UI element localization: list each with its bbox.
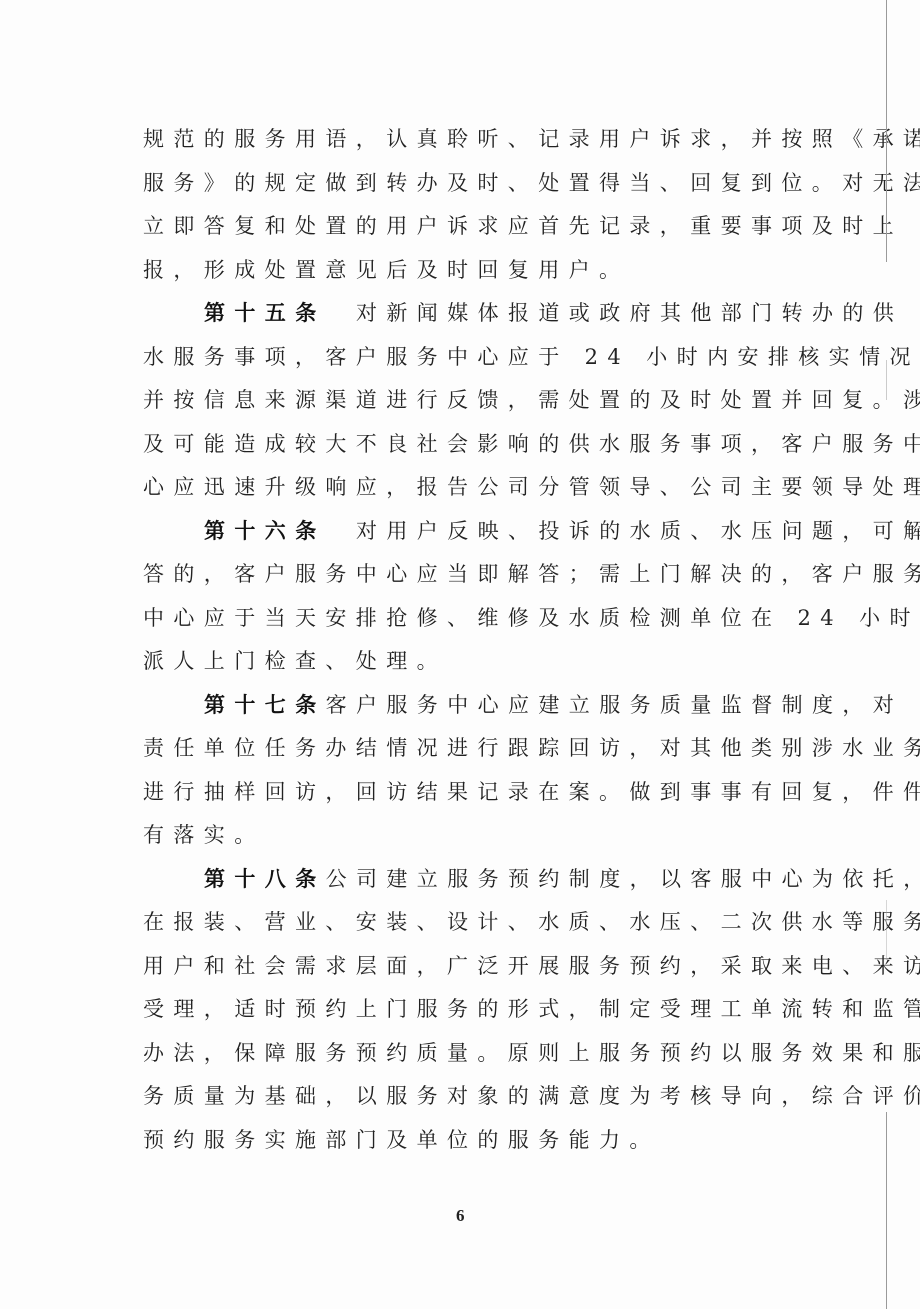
text-line: 立即答复和处置的用户诉求应首先记录，重要事项及时上 <box>143 205 788 249</box>
text-line: 规范的服务用语，认真聆听、记录用户诉求，并按照《承诺 <box>143 118 788 162</box>
text-line: 受理，适时预约上门服务的形式，制定受理工单流转和监管 <box>143 988 788 1032</box>
paragraph-article-16: 第十六条 对用户反映、投诉的水质、水压问题，可解 答的，客户服务中心应当即解答；… <box>143 510 788 684</box>
text-line: 第十五条 对新闻媒体报道或政府其他部门转办的供 <box>143 292 788 336</box>
scan-edge-line <box>886 900 887 960</box>
text-line: 并按信息来源渠道进行反馈，需处置的及时处置并回复。涉 <box>143 379 788 423</box>
article-heading: 第十七条 <box>204 693 326 717</box>
text-line: 及可能造成较大不良社会影响的供水服务事项，客户服务中 <box>143 423 788 467</box>
text-span: 对用户反映、投诉的水质、水压问题，可解 <box>326 519 920 543</box>
text-line: 心应迅速升级响应，报告公司分管领导、公司主要领导处理。 <box>143 466 788 510</box>
scan-edge-line <box>886 360 887 400</box>
text-line: 答的，客户服务中心应当即解答；需上门解决的，客户服务 <box>143 553 788 597</box>
paragraph-continuation: 规范的服务用语，认真聆听、记录用户诉求，并按照《承诺 服务》的规定做到转办及时、… <box>143 118 788 292</box>
text-line: 第十六条 对用户反映、投诉的水质、水压问题，可解 <box>143 510 788 554</box>
text-span: 对新闻媒体报道或政府其他部门转办的供 <box>326 301 904 325</box>
document-body: 规范的服务用语，认真聆听、记录用户诉求，并按照《承诺 服务》的规定做到转办及时、… <box>143 118 788 1162</box>
scan-edge-line <box>886 0 887 262</box>
text-line: 报，形成处置意见后及时回复用户。 <box>143 249 788 293</box>
article-heading: 第十六条 <box>204 519 326 543</box>
text-line: 水服务事项，客户服务中心应于 24 小时内安排核实情况， <box>143 336 788 380</box>
text-line: 第十八条公司建立服务预约制度，以客服中心为依托， <box>143 858 788 902</box>
paragraph-article-17: 第十七条客户服务中心应建立服务质量监督制度，对 责任单位任务办结情况进行跟踪回访… <box>143 684 788 858</box>
text-span: 客户服务中心应建立服务质量监督制度，对 <box>326 693 904 717</box>
text-line: 第十七条客户服务中心应建立服务质量监督制度，对 <box>143 684 788 728</box>
text-line: 中心应于当天安排抢修、维修及水质检测单位在 24 小时内 <box>143 597 788 641</box>
article-heading: 第十八条 <box>204 867 326 891</box>
text-line: 进行抽样回访，回访结果记录在案。做到事事有回复，件件 <box>143 771 788 815</box>
paragraph-article-18: 第十八条公司建立服务预约制度，以客服中心为依托， 在报装、营业、安装、设计、水质… <box>143 858 788 1163</box>
paragraph-article-15: 第十五条 对新闻媒体报道或政府其他部门转办的供 水服务事项，客户服务中心应于 2… <box>143 292 788 510</box>
text-line: 预约服务实施部门及单位的服务能力。 <box>143 1119 788 1163</box>
text-line: 务质量为基础，以服务对象的满意度为考核导向，综合评价 <box>143 1075 788 1119</box>
text-line: 办法，保障服务预约质量。原则上服务预约以服务效果和服 <box>143 1032 788 1076</box>
text-line: 责任单位任务办结情况进行跟踪回访，对其他类别涉水业务 <box>143 727 788 771</box>
text-line: 服务》的规定做到转办及时、处置得当、回复到位。对无法 <box>143 162 788 206</box>
text-line: 用户和社会需求层面，广泛开展服务预约，采取来电、来访 <box>143 945 788 989</box>
text-line: 派人上门检查、处理。 <box>143 640 788 684</box>
text-line: 有落实。 <box>143 814 788 858</box>
page-number: 6 <box>456 1206 465 1226</box>
scan-edge-line <box>886 1112 887 1309</box>
text-span: 公司建立服务预约制度，以客服中心为依托， <box>326 867 920 891</box>
article-heading: 第十五条 <box>204 301 326 325</box>
document-page: 规范的服务用语，认真聆听、记录用户诉求，并按照《承诺 服务》的规定做到转办及时、… <box>0 0 920 1309</box>
text-line: 在报装、营业、安装、设计、水质、水压、二次供水等服务 <box>143 901 788 945</box>
